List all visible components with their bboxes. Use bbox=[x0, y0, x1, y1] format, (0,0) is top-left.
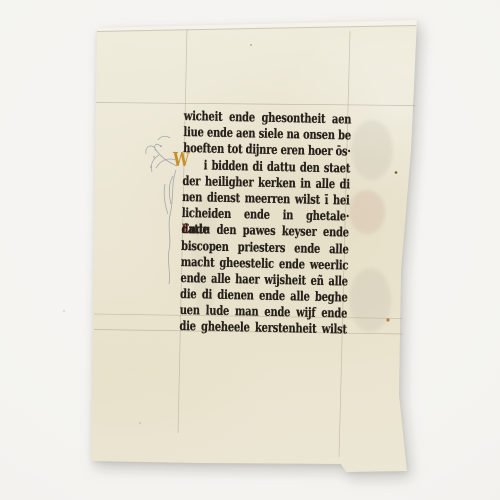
fly-speck bbox=[139, 422, 141, 424]
top-crease-highlight bbox=[97, 20, 417, 32]
ruling-line-horizontal-top bbox=[96, 103, 415, 106]
fly-speck bbox=[250, 44, 252, 46]
fly-speck bbox=[63, 310, 65, 312]
photo-background: W wicheit ende ghesontheit aen liue ende… bbox=[0, 0, 500, 500]
ink-show-through bbox=[351, 120, 393, 180]
text-line: die gheheele kerstenheit wilst bbox=[179, 319, 347, 339]
illuminated-initial-w: W bbox=[173, 151, 190, 170]
ink-show-through bbox=[349, 268, 391, 332]
manuscript-text-block: W wicheit ende ghesontheit aen liue ende… bbox=[179, 109, 351, 339]
ink-show-through bbox=[349, 190, 385, 234]
fly-speck bbox=[395, 171, 398, 174]
stain-speck bbox=[386, 318, 389, 321]
